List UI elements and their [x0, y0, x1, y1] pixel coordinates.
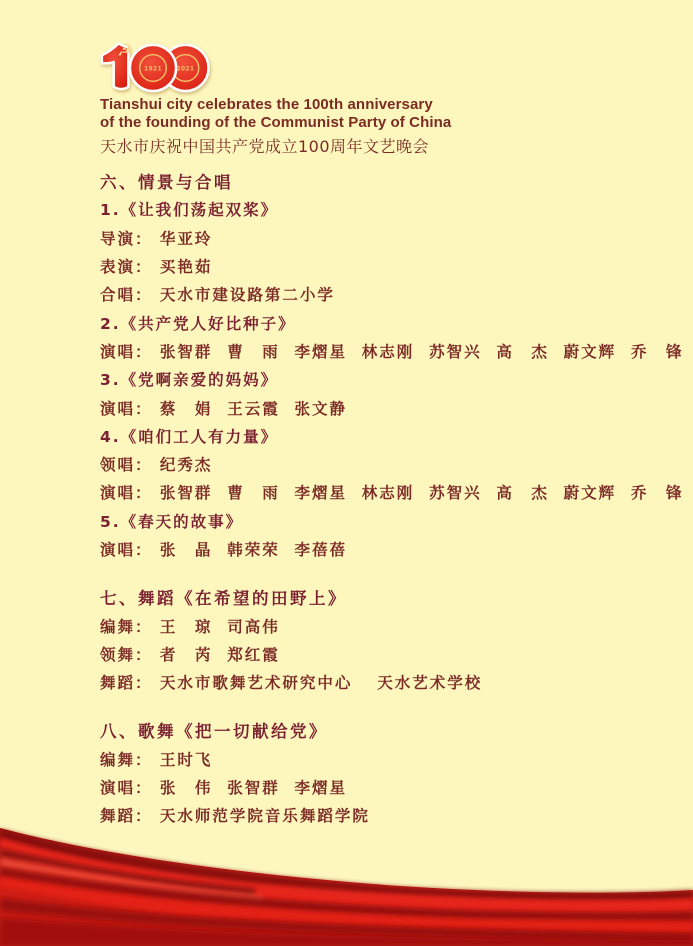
credit-line: 演唱： 张智群 曹 雨 李熠星 林志刚 苏智兴 高 杰 蔚文辉 乔 锋 [100, 478, 675, 506]
song-title-line: 4.《咱们工人有力量》 [100, 422, 675, 450]
program-page: 2021 1921 ☭ Tianshui city celebrates the… [0, 0, 693, 946]
credit-line: 编舞： 王 琼 司高伟 [100, 611, 675, 639]
credit-line: 演唱： 张 晶 韩荣荣 李蓓蓓 [100, 535, 675, 563]
svg-text:2021: 2021 [176, 66, 194, 72]
anniversary-100-logo: 2021 1921 ☭ [94, 37, 212, 95]
hammer-sickle-icon: ☭ [117, 40, 132, 60]
credit-line: 领唱： 纪秀杰 [100, 450, 675, 478]
credit-line: 演唱： 张智群 曹 雨 李熠星 林志刚 苏智兴 高 杰 蔚文辉 乔 锋 [100, 337, 675, 365]
song-title-line: 5.《春天的故事》 [100, 507, 675, 535]
program-section: 七、舞蹈《在希望的田野上》编舞： 王 琼 司高伟领舞： 者 芮 郑红霞舞蹈： 天… [100, 583, 675, 696]
section-heading: 八、歌舞《把一切献给党》 [100, 716, 675, 744]
svg-text:1921: 1921 [144, 66, 162, 72]
credit-line: 表演： 买艳茹 [100, 252, 675, 280]
song-title-line: 1.《让我们荡起双桨》 [100, 195, 675, 223]
credit-line: 导演： 华亚玲 [100, 224, 675, 252]
credit-line: 合唱： 天水市建设路第二小学 [100, 280, 675, 308]
program-list: 六、情景与合唱1.《让我们荡起双桨》导演： 华亚玲表演： 买艳茹合唱： 天水市建… [100, 167, 675, 830]
credit-line: 演唱： 蔡 娟 王云霞 张文静 [100, 393, 675, 421]
section-heading: 七、舞蹈《在希望的田野上》 [100, 583, 675, 611]
credit-line: 领舞： 者 芮 郑红霞 [100, 640, 675, 668]
section-heading: 六、情景与合唱 [100, 167, 675, 195]
credit-line: 编舞： 王时飞 [100, 745, 675, 773]
program-section: 六、情景与合唱1.《让我们荡起双桨》导演： 华亚玲表演： 买艳茹合唱： 天水市建… [100, 167, 675, 563]
program-section: 八、歌舞《把一切献给党》编舞： 王时飞演唱： 张 伟 张智群 李熠星舞蹈： 天水… [100, 716, 675, 829]
song-title-line: 2.《共产党人好比种子》 [100, 308, 675, 336]
red-ribbon-decoration [0, 826, 693, 946]
song-title-line: 3.《党啊亲爱的妈妈》 [100, 365, 675, 393]
credit-line: 舞蹈： 天水市歌舞艺术研究中心 天水艺术学校 [100, 668, 675, 696]
credit-line: 演唱： 张 伟 张智群 李熠星 [100, 773, 675, 801]
title-chinese: 天水市庆祝中国共产党成立100周年文艺晚会 [100, 134, 451, 157]
title-english-line2: of the founding of the Communist Party o… [100, 114, 451, 132]
title-english-line1: Tianshui city celebrates the 100th anniv… [100, 96, 451, 114]
title-block: Tianshui city celebrates the 100th anniv… [100, 96, 451, 157]
logo-circle-1921: 1921 [130, 45, 176, 91]
